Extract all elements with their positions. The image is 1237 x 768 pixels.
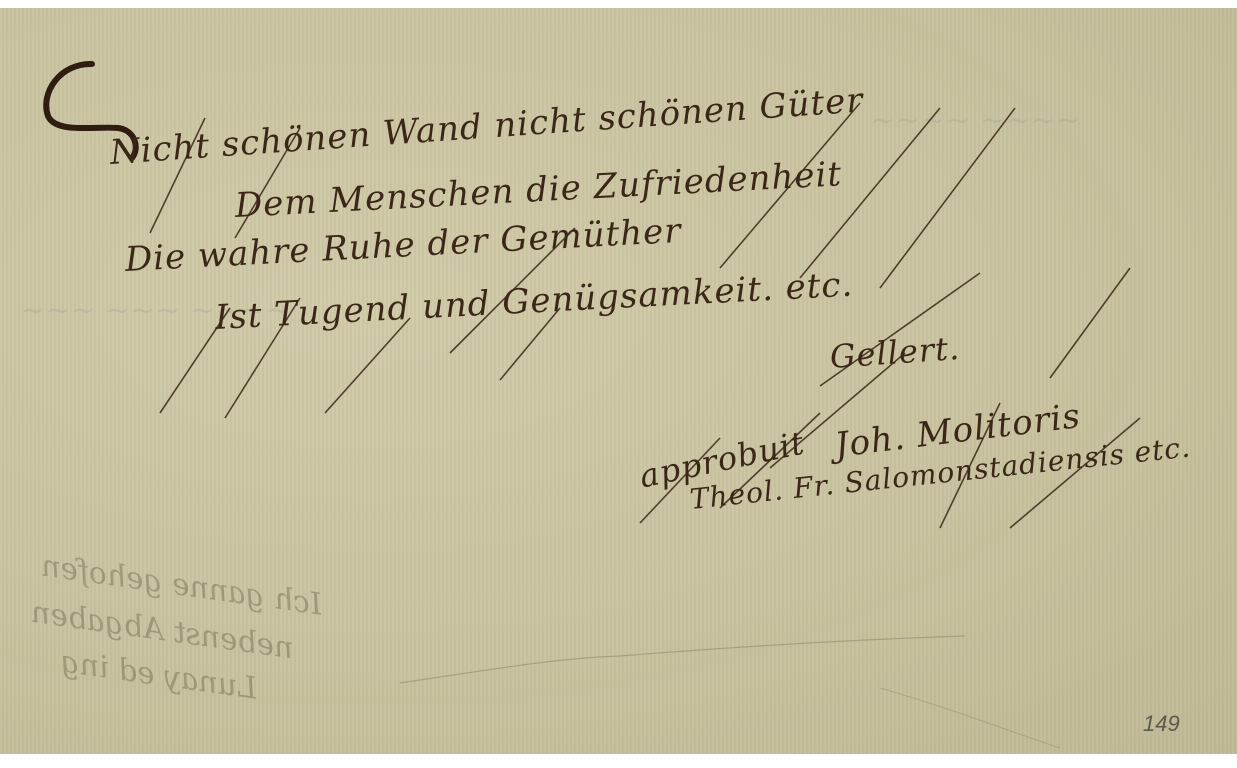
folio-number: 149 (1143, 711, 1180, 737)
manuscript-page: ~~~~ ~~~~ ~~~ ~~~ ~~~~ Nicht (0, 8, 1237, 754)
